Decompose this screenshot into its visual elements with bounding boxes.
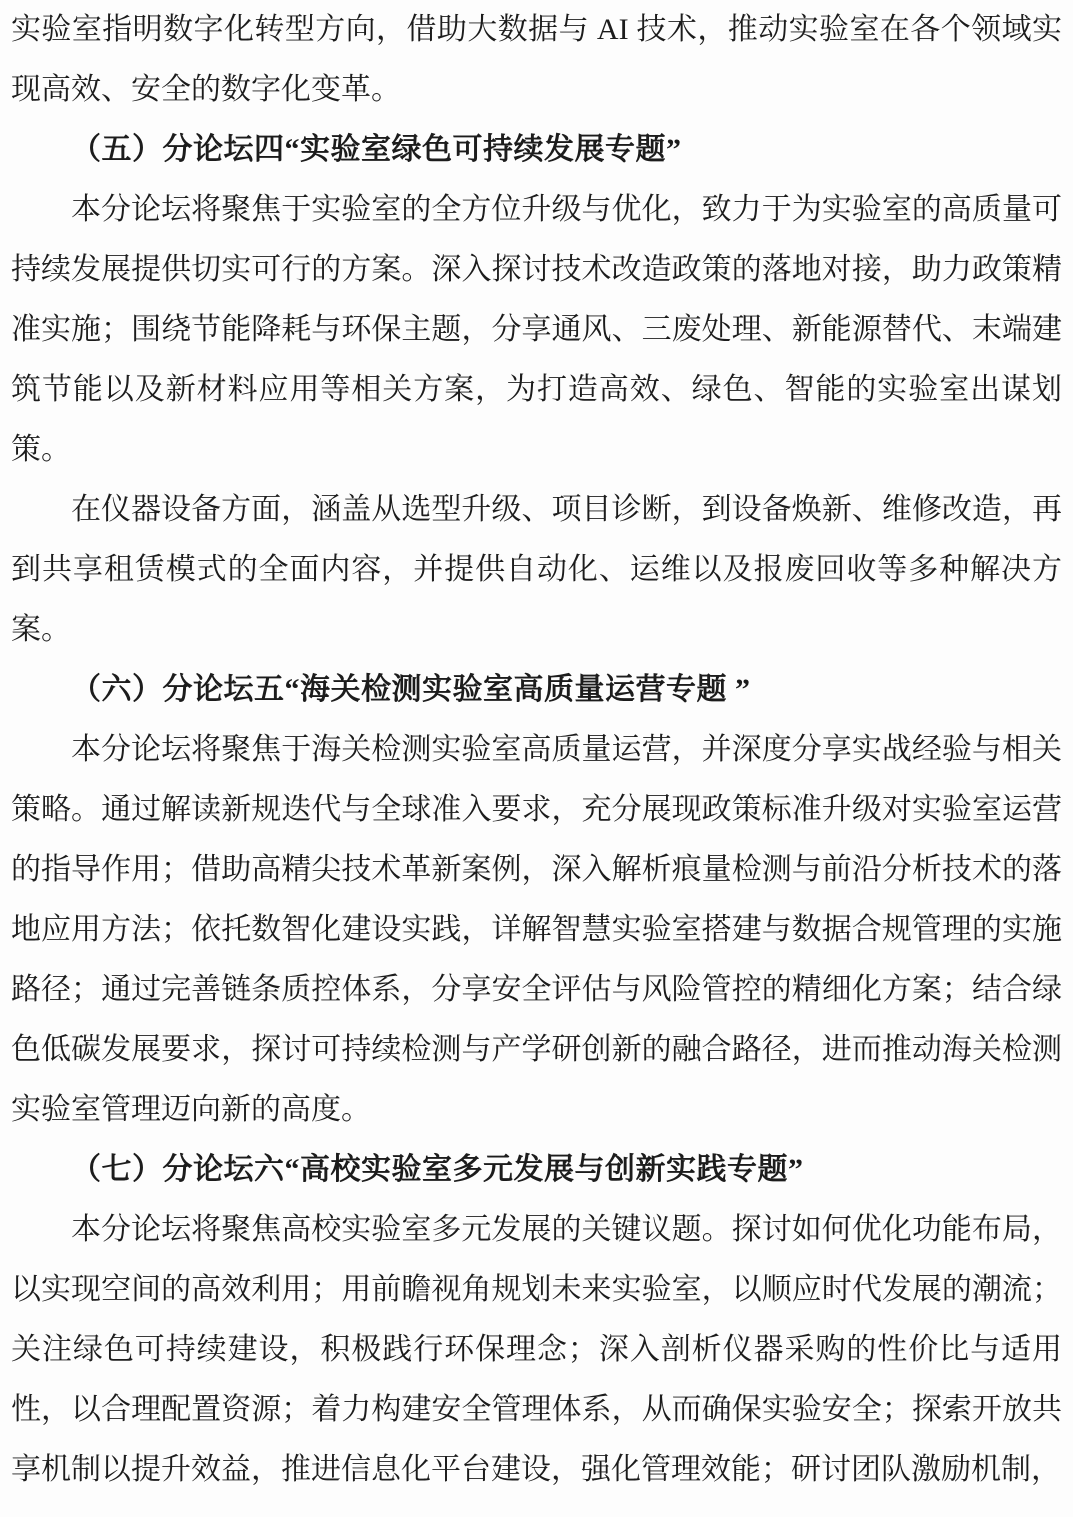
heading-subforum-5-customs-testing: （六）分论坛五“海关检测实验室高质量运营专题 ” <box>11 660 1062 720</box>
paragraph-subforum-4-instruments: 在仪器设备方面，涵盖从选型升级、项目诊断，到设备焕新、维修改造，再到共享租赁模式… <box>11 480 1062 660</box>
paragraph-subforum-4-overview: 本分论坛将聚焦于实验室的全方位升级与优化，致力于为实验室的高质量可持续发展提供切… <box>11 180 1062 480</box>
paragraph-subforum-6-overview: 本分论坛将聚焦高校实验室多元发展的关键议题。探讨如何优化功能布局，以实现空间的高… <box>11 1200 1062 1500</box>
heading-subforum-4-green-sustainable: （五）分论坛四“实验室绿色可持续发展专题” <box>11 120 1062 180</box>
paragraph-digital-transformation-continuation: 实验室指明数字化转型方向，借助大数据与 AI 技术，推动实验室在各个领域实现高效… <box>11 0 1062 120</box>
document-page: 实验室指明数字化转型方向，借助大数据与 AI 技术，推动实验室在各个领域实现高效… <box>0 0 1073 1517</box>
paragraph-subforum-5-overview: 本分论坛将聚焦于海关检测实验室高质量运营，并深度分享实战经验与相关策略。通过解读… <box>11 720 1062 1140</box>
heading-subforum-6-university-labs: （七）分论坛六“高校实验室多元发展与创新实践专题” <box>11 1140 1062 1200</box>
